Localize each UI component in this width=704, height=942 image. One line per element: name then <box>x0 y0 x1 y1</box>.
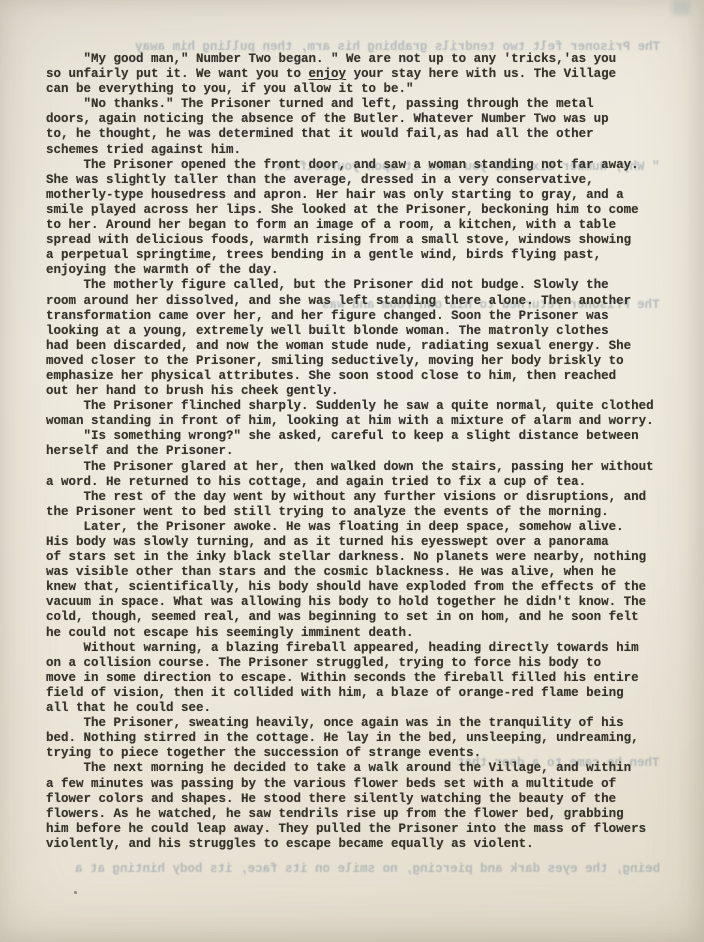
paragraph: The next morning he decided to take a wa… <box>46 761 678 852</box>
underlined-word: enjoy <box>309 67 347 81</box>
paragraph: "No thanks." The Prisoner turned and lef… <box>46 97 678 157</box>
paragraph: Without warning, a blazing fireball appe… <box>46 641 678 716</box>
paragraph: Later, the Prisoner awoke. He was floati… <box>46 520 678 641</box>
paragraph: The Prisoner flinched sharply. Suddenly … <box>46 399 678 429</box>
bleedthrough-line: being, the eyes dark and piercing, no sm… <box>75 862 660 877</box>
paragraph: The Prisoner glared at her, then walked … <box>46 460 678 490</box>
paragraph: "My good man," Number Two began. " We ar… <box>46 52 678 97</box>
paragraph: The rest of the day went by without any … <box>46 490 678 520</box>
typescript-text: "My good man," Number Two began. " We ar… <box>46 52 678 852</box>
paragraph: "Is something wrong?" she asked, careful… <box>46 429 678 459</box>
corner-smudge <box>672 0 690 15</box>
page-scan: The Prisoner felt two tendrils grabbing … <box>0 0 704 942</box>
paragraph: The motherly figure called, but the Pris… <box>46 278 678 399</box>
paragraph: The Prisoner, sweating heavily, once aga… <box>46 716 678 761</box>
ink-speckle <box>74 891 77 894</box>
paragraph: The Prisoner opened the front door, and … <box>46 158 678 279</box>
